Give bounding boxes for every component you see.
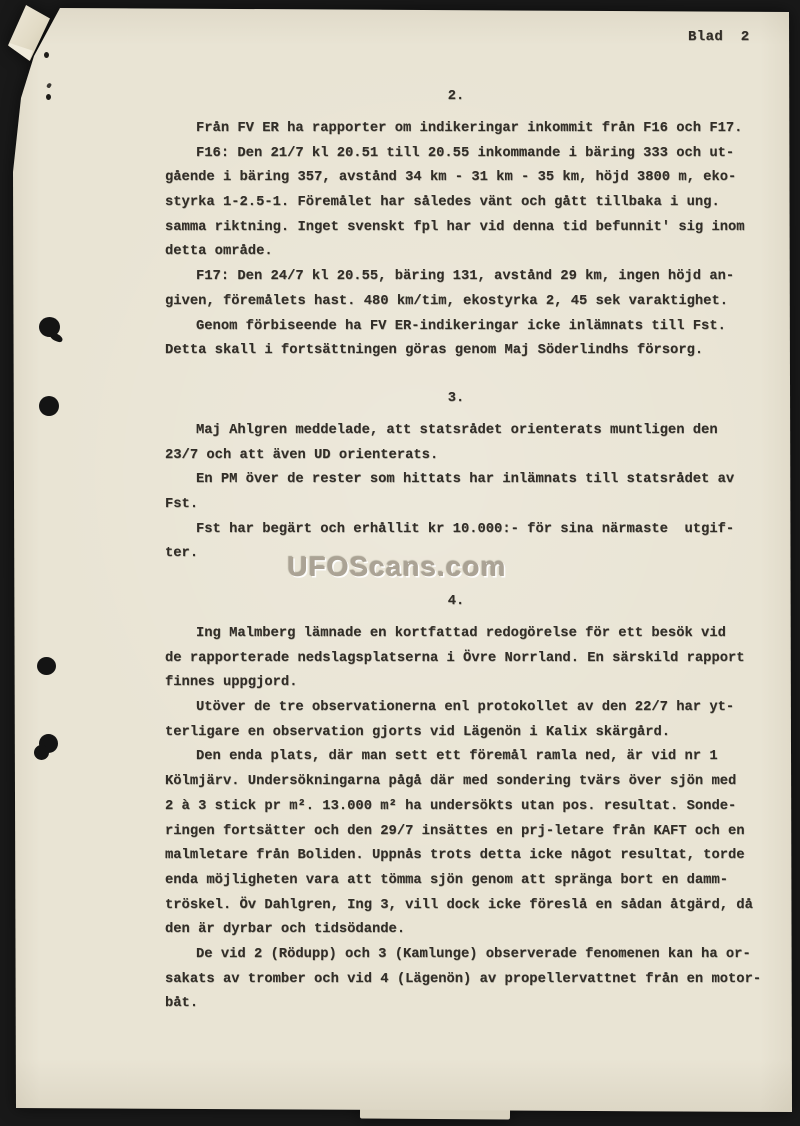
- text-line: Ing Malmberg lämnade en kortfattad redog…: [165, 622, 747, 647]
- text-line: 23/7 och att även UD orienterats.: [165, 444, 747, 469]
- staple-hole: [46, 94, 51, 100]
- document-page: Blad 2 2.Från FV ER ha rapporter om indi…: [0, 0, 800, 1126]
- text-line: Från FV ER ha rapporter om indikeringar …: [165, 117, 747, 142]
- text-line: styrka 1-2.5-1. Föremålet har således vä…: [165, 191, 747, 216]
- text-line: finnes uppgjord.: [165, 671, 747, 696]
- text-line: den är dyrbar och tidsödande.: [165, 918, 747, 943]
- text-line: enda möjligheten vara att tömma sjön gen…: [165, 869, 747, 894]
- text-line: F16: Den 21/7 kl 20.51 till 20.55 inkomm…: [165, 142, 747, 167]
- punch-hole: [37, 657, 56, 675]
- scan-background: Blad 2 2.Från FV ER ha rapporter om indi…: [0, 0, 800, 1126]
- section-number: 2.: [165, 84, 747, 109]
- text-line: 2 à 3 stick pr m². 13.000 m² ha undersök…: [165, 795, 747, 820]
- text-line: de rapporterade nedslagsplatserna i Övre…: [165, 647, 747, 672]
- text-line: detta område.: [165, 240, 747, 265]
- page-number-label: Blad 2: [688, 29, 750, 45]
- staple-hole: [46, 82, 52, 88]
- section-block: Från FV ER ha rapporter om indikeringar …: [165, 117, 747, 364]
- text-line: De vid 2 (Rödupp) och 3 (Kamlunge) obser…: [165, 943, 747, 968]
- staple-hole: [44, 52, 49, 58]
- text-line: malmletare från Boliden. Uppnås trots de…: [165, 844, 747, 869]
- text-line: sakats av tromber och vid 4 (Lägenön) av…: [165, 968, 747, 993]
- punch-hole: [39, 734, 58, 753]
- text-line: Kölmjärv. Undersökningarna pågå där med …: [165, 770, 747, 795]
- section-block: Maj Ahlgren meddelade, att statsrådet or…: [165, 419, 747, 567]
- section-number: 4.: [165, 589, 747, 614]
- text-line: Den enda plats, där man sett ett föremål…: [165, 745, 747, 770]
- paper-wrap: Blad 2 2.Från FV ER ha rapporter om indi…: [0, 0, 800, 1126]
- text-line: samma riktning. Inget svenskt fpl har vi…: [165, 216, 747, 241]
- punch-hole: [39, 317, 60, 337]
- text-line: Genom förbiseende ha FV ER-indikeringar …: [165, 315, 747, 340]
- text-line: tröskel. Öv Dahlgren, Ing 3, vill dock i…: [165, 894, 747, 919]
- text-line: gående i bäring 357, avstånd 34 km - 31 …: [165, 166, 747, 191]
- text-line: ringen fortsätter och den 29/7 insättes …: [165, 820, 747, 845]
- text-line: terligare en observation gjorts vid Läge…: [165, 721, 747, 746]
- text-line: F17: Den 24/7 kl 20.55, bäring 131, avst…: [165, 265, 747, 290]
- section-number: 3.: [165, 386, 747, 411]
- text-line: Fst.: [165, 493, 747, 518]
- text-line: given, föremålets hast. 480 km/tim, ekos…: [165, 290, 747, 315]
- section-block: Ing Malmberg lämnade en kortfattad redog…: [165, 622, 747, 1017]
- text-line: båt.: [165, 992, 747, 1017]
- watermark: UFOScans.com: [288, 551, 507, 583]
- text-line: Maj Ahlgren meddelade, att statsrådet or…: [165, 419, 747, 444]
- punch-hole: [39, 396, 59, 416]
- text-line: En PM över de rester som hittats har inl…: [165, 468, 747, 493]
- text-line: Fst har begärt och erhållit kr 10.000:- …: [165, 518, 747, 543]
- text-line: Utöver de tre observationerna enl protok…: [165, 696, 747, 721]
- text-line: Detta skall i fortsättningen göras genom…: [165, 339, 747, 364]
